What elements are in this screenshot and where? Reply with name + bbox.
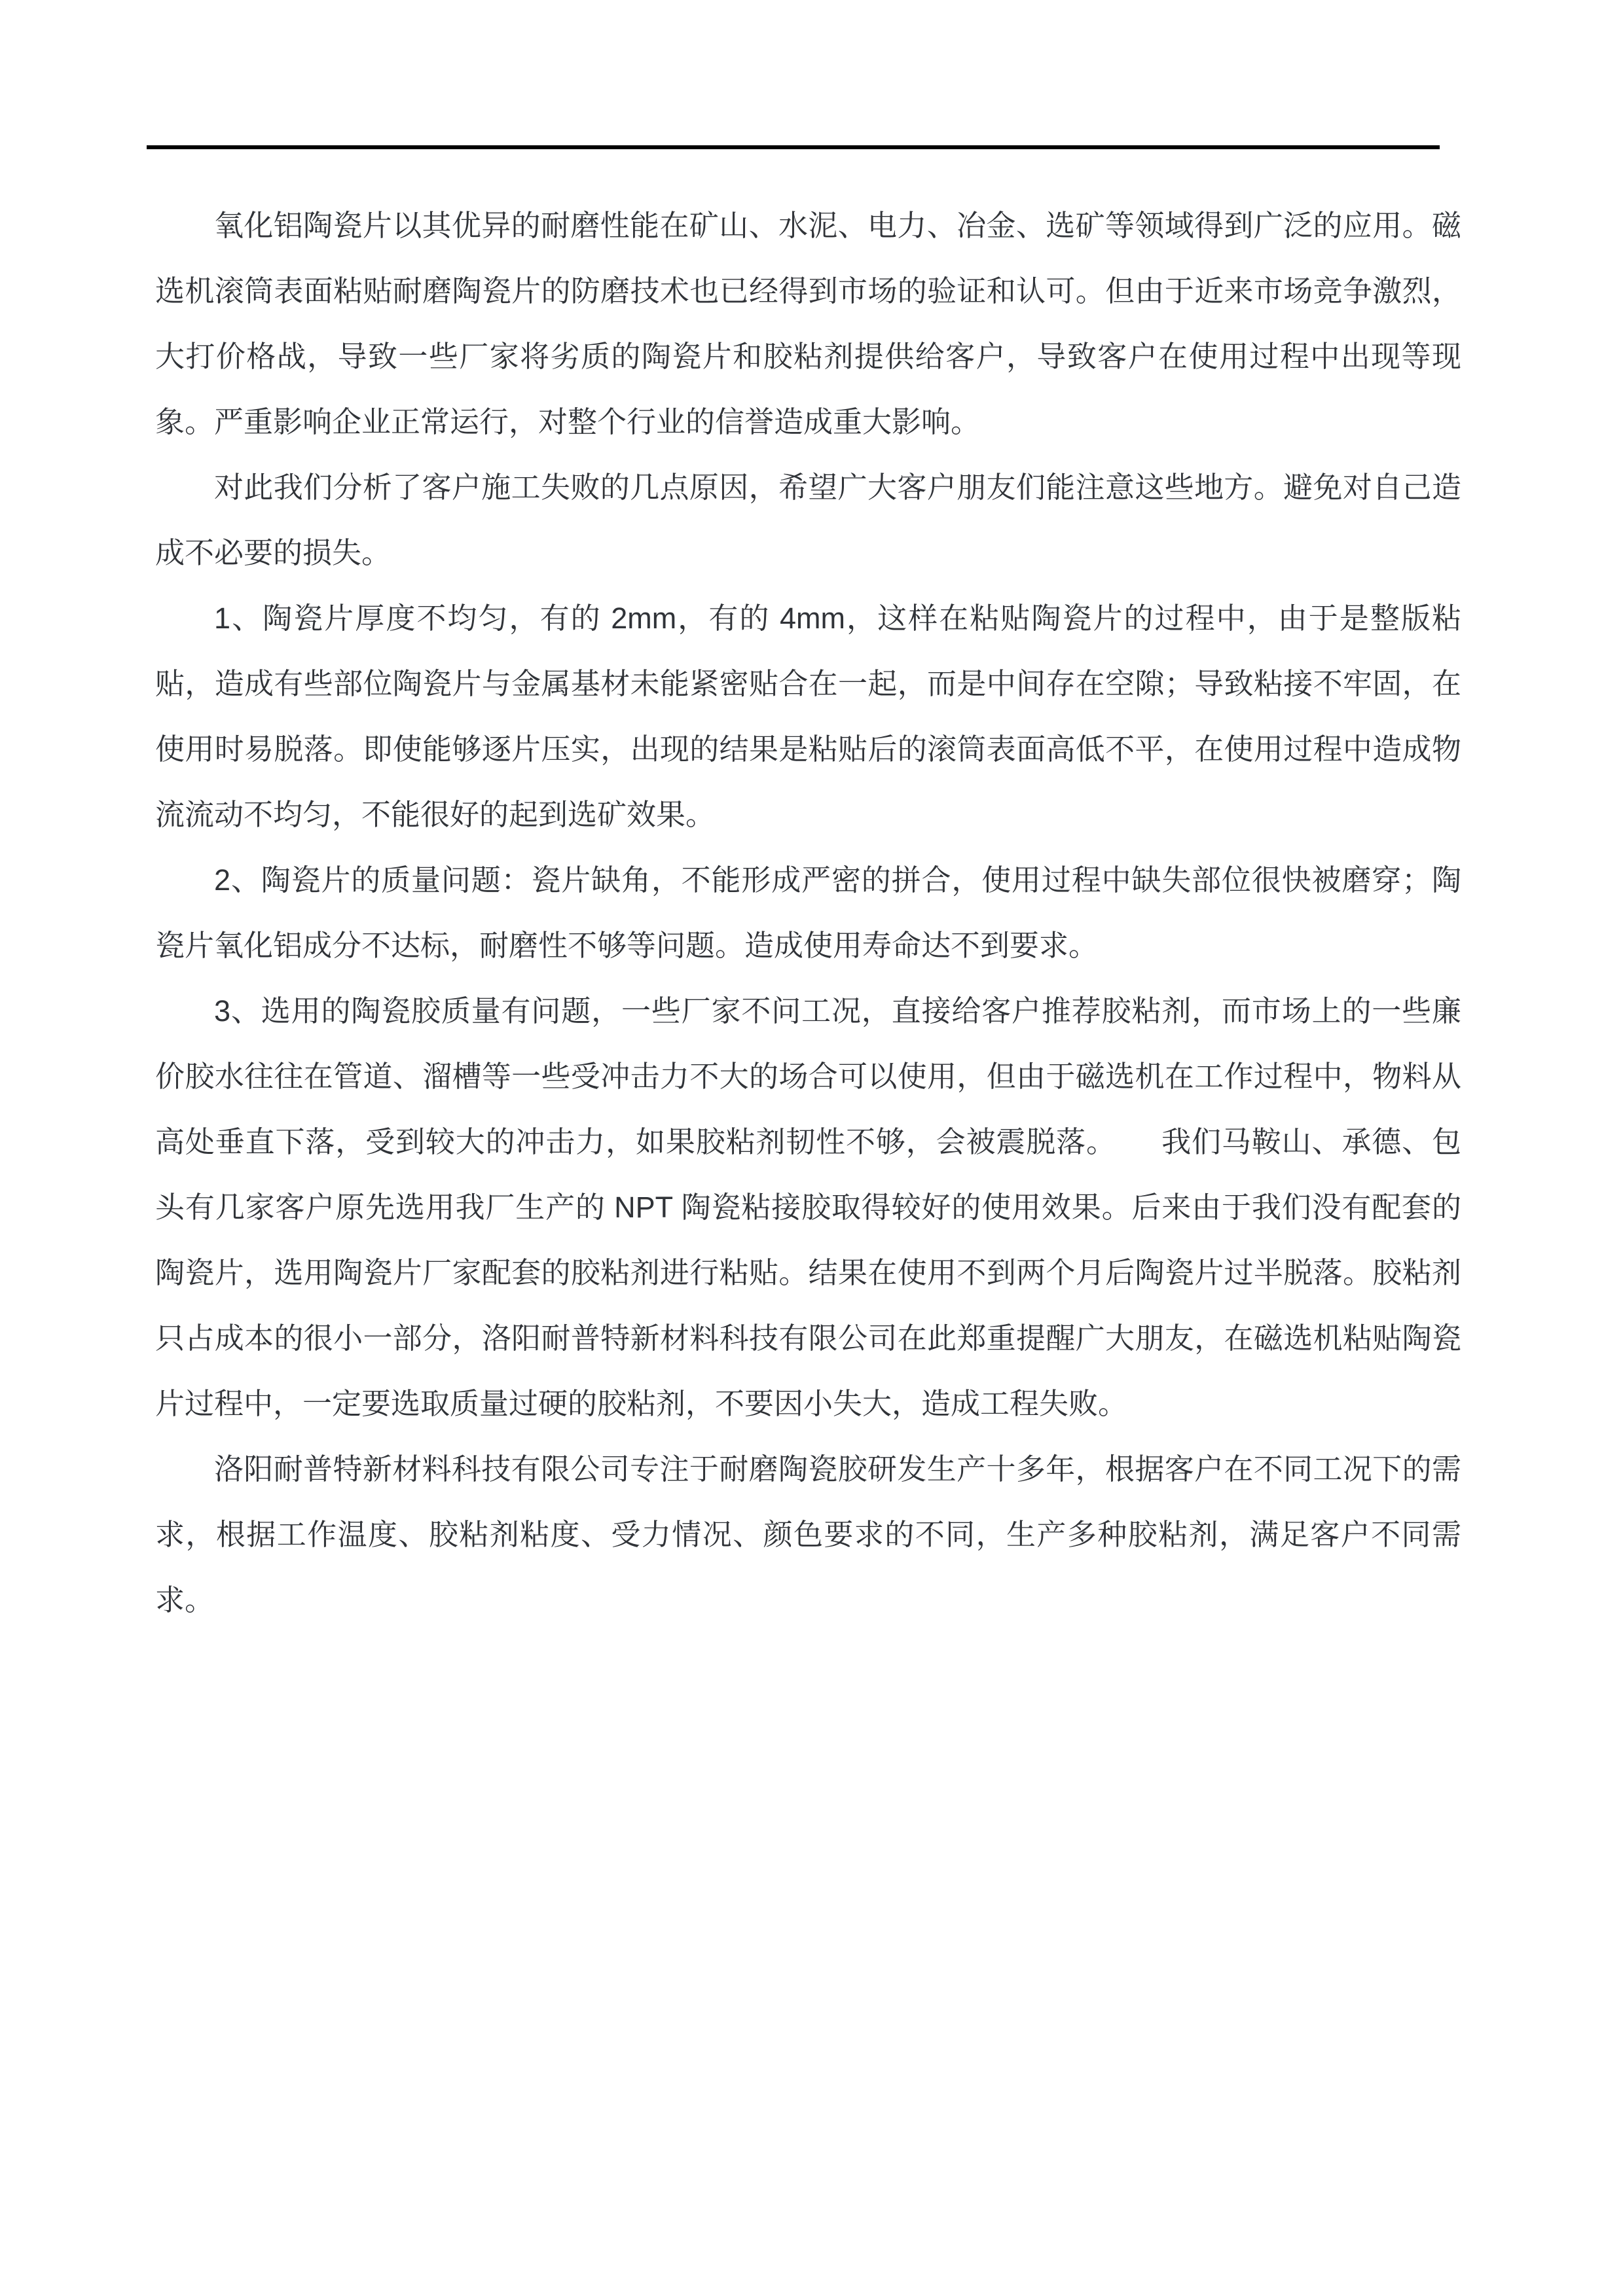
paragraph-intro-application: 氧化铝陶瓷片以其优异的耐磨性能在矿山、水泥、电力、冶金、选矿等领域得到广泛的应用… <box>155 193 1461 455</box>
header-divider-line <box>147 145 1440 149</box>
paragraph-reason-2-quality: 2、陶瓷片的质量问题：瓷片缺角，不能形成严密的拼合，使用过程中缺失部位很快被磨穿… <box>155 848 1461 978</box>
document-body: 氧化铝陶瓷片以其优异的耐磨性能在矿山、水泥、电力、冶金、选矿等领域得到广泛的应用… <box>155 193 1461 1633</box>
paragraph-reason-1-thickness: 1、陶瓷片厚度不均匀，有的 2mm，有的 4mm，这样在粘贴陶瓷片的过程中，由于… <box>155 586 1461 848</box>
document-page: 氧化铝陶瓷片以其优异的耐磨性能在矿山、水泥、电力、冶金、选矿等领域得到广泛的应用… <box>0 0 1623 2296</box>
paragraph-reason-3-adhesive: 3、选用的陶瓷胶质量有问题，一些厂家不问工况，直接给客户推荐胶粘剂，而市场上的一… <box>155 978 1461 1437</box>
paragraph-company-summary: 洛阳耐普特新材料科技有限公司专注于耐磨陶瓷胶研发生产十多年，根据客户在不同工况下… <box>155 1437 1461 1633</box>
paragraph-failure-analysis-intro: 对此我们分析了客户施工失败的几点原因，希望广大客户朋友们能注意这些地方。避免对自… <box>155 455 1461 586</box>
